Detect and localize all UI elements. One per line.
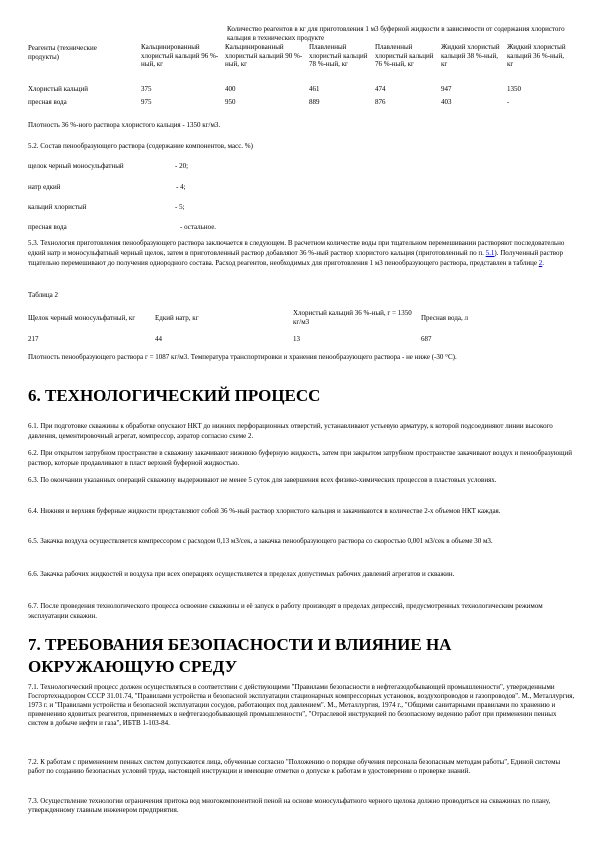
table2-value: 687 <box>421 335 432 345</box>
table1-cell: 876 <box>375 98 386 108</box>
section-7-paragraph: 7.1. Технологический процесс должен осущ… <box>28 683 576 728</box>
section-6-paragraph: 6.3. По окончании указанных операций скв… <box>28 475 576 485</box>
table-2-title: Таблица 2 <box>28 290 576 300</box>
table1-col-3: Плавленный хлористый кальций 78 %-ный, к… <box>309 43 369 69</box>
section-6-paragraph: 6.6. Закачка рабочих жидкостей и воздуха… <box>28 569 576 579</box>
table1-col-6: Жидкий хлористый кальций 36 %-ный, кг <box>507 43 567 69</box>
density-note: Плотность 36 %-ного раствора хлористого … <box>28 120 576 130</box>
ingredient-value: - 20; <box>175 162 188 172</box>
table2-header: Едкий натр, кг <box>155 314 199 324</box>
foam-note: Плотность пенообразующего раствора г = 1… <box>28 352 576 362</box>
table1-col-4: Плавленный хлористый кальций 76 %-ный, к… <box>375 43 435 69</box>
section-5-3-text: . <box>542 259 544 267</box>
section-7-heading-line2: ОКРУЖАЮЩУЮ СРЕДУ <box>28 657 237 676</box>
section-6-paragraph: 6.1. При подготовке скважины к обработке… <box>28 421 576 441</box>
section-7-paragraph: 7.3. Осуществление технологии ограничени… <box>28 797 576 815</box>
ingredient-value: - 4; <box>176 183 186 193</box>
section-5-3: 5.3. Технология приготовления пенообразу… <box>28 238 576 268</box>
table2-header: Щелок черный моносульфатный, кг <box>28 314 135 324</box>
table2-value: 44 <box>155 335 162 345</box>
table1-cell: 975 <box>141 98 152 108</box>
section-6-paragraph: 6.2. При открытом затрубном пространстве… <box>28 448 576 468</box>
table2-header: Пресная вода, л <box>421 314 468 324</box>
ingredient-value: - 5; <box>175 203 185 213</box>
table1-cell: 461 <box>309 85 320 95</box>
section-5-3-text: 5.3. Технология приготовления пенообразу… <box>28 239 564 257</box>
ingredient-name: пресная вода <box>28 223 67 233</box>
table1-row-1-label: Хлористый кальций <box>28 85 88 95</box>
section-6-heading: 6. ТЕХНОЛОГИЧЕСКИЙ ПРОЦЕСС <box>28 385 320 407</box>
table1-col-2: Кальцинированный хлористый кальций 90 %-… <box>225 43 305 69</box>
document-page: Реагенты (технические продукты) Количест… <box>0 0 595 842</box>
table1-col-5: Жидкий хлористый кальций 38 %-ный, кг <box>441 43 501 69</box>
section-5-2-title: 5.2. Состав пенообразующего раствора (со… <box>28 141 576 151</box>
table1-cell: 889 <box>309 98 320 108</box>
table2-value: 217 <box>28 335 39 345</box>
ingredient-name: натр едкий <box>28 183 61 193</box>
section-6-paragraph: 6.5. Закачка воздуха осуществляется комп… <box>28 536 576 546</box>
table1-col-1: Кальцинированный хлористый кальций 96 %-… <box>141 43 221 69</box>
section-7-heading: 7. ТРЕБОВАНИЯ БЕЗОПАСНОСТИ И ВЛИЯНИЕ НА … <box>28 634 451 678</box>
table1-row-2-label: пресная вода <box>28 98 67 108</box>
table1-cell: 400 <box>225 85 236 95</box>
section-6-paragraph: 6.4. Нижняя и верхняя буферные жидкости … <box>28 506 576 516</box>
table1-cell: 474 <box>375 85 386 95</box>
table2-value: 13 <box>293 335 300 345</box>
table2-header: Хлористый кальций 36 %-ный, г = 1350 кг/… <box>293 309 418 326</box>
table1-cell: 947 <box>441 85 452 95</box>
ingredient-value: - остальное. <box>180 223 216 233</box>
table1-cell: 403 <box>441 98 452 108</box>
table1-cell: - <box>507 98 509 108</box>
ingredient-name: кальций хлористый <box>28 203 87 213</box>
section-7-paragraph: 7.2. К работам с применением пенных сист… <box>28 758 576 776</box>
table1-group-header: Количество реагентов в кг для приготовле… <box>227 25 567 42</box>
table1-cell: 1350 <box>507 85 521 95</box>
table1-cell: 950 <box>225 98 236 108</box>
section-6-paragraph: 6.7. После проведения технологического п… <box>28 601 576 621</box>
section-7-heading-line1: 7. ТРЕБОВАНИЯ БЕЗОПАСНОСТИ И ВЛИЯНИЕ НА <box>28 635 451 654</box>
ingredient-name: щелок черный моносульфатный <box>28 162 124 172</box>
table1-cell: 375 <box>141 85 152 95</box>
table1-reagents-header: Реагенты (технические продукты) <box>28 44 123 61</box>
